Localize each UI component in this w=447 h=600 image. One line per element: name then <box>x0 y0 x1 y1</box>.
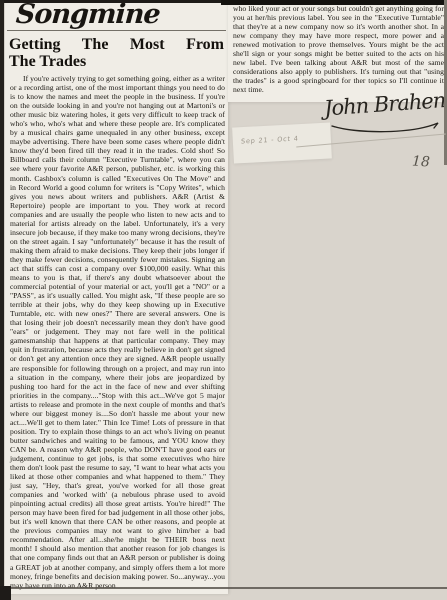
masthead-songmine: Songmine <box>5 0 230 29</box>
article-clipping-left: Songmine Getting The Most From The Trade… <box>5 0 228 594</box>
scan-edge-bottom-left-corner <box>0 586 11 600</box>
handwritten-page-number: 18 <box>412 154 431 171</box>
scan-edge-bottom <box>4 587 447 589</box>
article-left-column: If you're actively trying to get somethi… <box>5 70 228 594</box>
article-title-line2: The Trades <box>5 53 228 70</box>
article-clipping-right: who liked your act or your songs but cou… <box>228 0 447 102</box>
article-title-line1: Getting The Most From <box>5 31 228 53</box>
article-right-column: who liked your act or your songs but cou… <box>228 0 447 94</box>
scanned-newsletter-page: Songmine Getting The Most From The Trade… <box>0 0 447 600</box>
scan-edge-top-right <box>221 0 447 5</box>
scan-edge-left <box>0 0 4 588</box>
signature-underline-flourish <box>330 121 442 135</box>
